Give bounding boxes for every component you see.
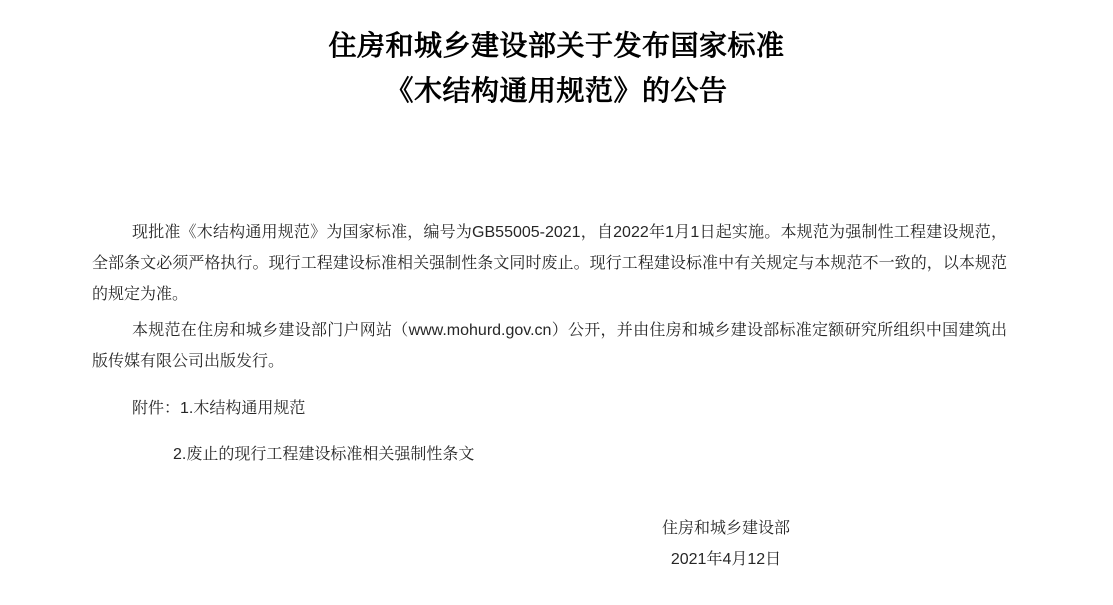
attachments-label: 附件： bbox=[132, 400, 180, 417]
signature-date: 2021年4月12日 bbox=[660, 544, 792, 575]
attachment-line-1: 附件：1.木结构通用规范 bbox=[92, 393, 1007, 424]
signature-issuer: 住房和城乡建设部 bbox=[660, 513, 792, 544]
page-title-line-1: 住房和城乡建设部关于发布国家标准 bbox=[0, 23, 1113, 68]
announcement-page: 住房和城乡建设部关于发布国家标准 《木结构通用规范》的公告 现批准《木结构通用规… bbox=[0, 0, 1113, 575]
announcement-body: 现批准《木结构通用规范》为国家标准，编号为GB55005-2021，自2022年… bbox=[92, 217, 1007, 575]
page-title: 住房和城乡建设部关于发布国家标准 《木结构通用规范》的公告 bbox=[0, 0, 1113, 113]
attachment-line-2: 2.废止的现行工程建设标准相关强制性条文 bbox=[92, 439, 1007, 470]
body-paragraph-2: 本规范在住房和城乡建设部门户网站（www.mohurd.gov.cn）公开，并由… bbox=[92, 315, 1007, 377]
page-title-line-2: 《木结构通用规范》的公告 bbox=[0, 68, 1113, 113]
signature-block: 住房和城乡建设部 2021年4月12日 bbox=[660, 513, 792, 575]
attachment-item-1: 1.木结构通用规范 bbox=[180, 400, 305, 417]
attachment-item-2: 2.废止的现行工程建设标准相关强制性条文 bbox=[173, 446, 474, 463]
body-paragraph-1: 现批准《木结构通用规范》为国家标准，编号为GB55005-2021，自2022年… bbox=[92, 217, 1007, 310]
